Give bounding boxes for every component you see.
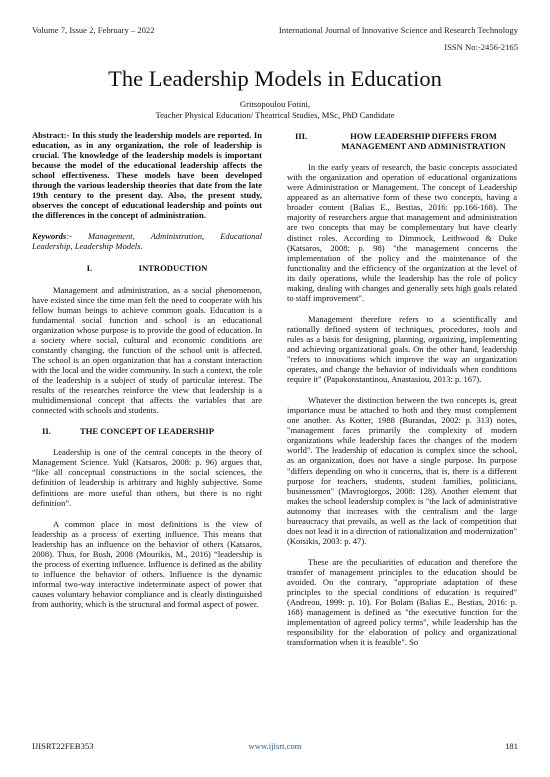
abstract-text: In this study the leadership models are … bbox=[32, 130, 262, 220]
author-name: Gritsopoulou Fotini, bbox=[0, 99, 550, 110]
section-title: INTRODUCTION bbox=[139, 263, 208, 273]
section-title: THE CONCEPT OF LEADERSHIP bbox=[80, 426, 262, 436]
paper-title: The Leadership Models in Education bbox=[0, 66, 550, 92]
section-number: III. bbox=[295, 131, 330, 151]
header-volume: Volume 7, Issue 2, February – 2022 bbox=[32, 25, 155, 35]
paragraph: A common place in most definitions is th… bbox=[32, 519, 262, 609]
keywords-label: Keywords bbox=[32, 231, 66, 241]
section-heading-introduction: I. INTRODUCTION bbox=[32, 263, 262, 273]
paragraph: Management and administration, as a soci… bbox=[32, 285, 262, 416]
paragraph: Leadership is one of the central concept… bbox=[32, 447, 262, 507]
section-number: II. bbox=[42, 426, 80, 436]
paragraph: In the early years of research, the basi… bbox=[287, 162, 517, 303]
footer-website-link[interactable]: www.ijisrt.com bbox=[0, 741, 550, 751]
author-affiliation: Teacher Physical Education/ Theatrical S… bbox=[0, 110, 550, 121]
abstract-label: Abstract:- bbox=[32, 130, 70, 140]
footer-page-number: 181 bbox=[505, 741, 518, 751]
section-heading-concept-of-leadership: II. THE CONCEPT OF LEADERSHIP bbox=[32, 426, 262, 436]
left-column: Abstract:- In this study the leadership … bbox=[32, 130, 262, 609]
keywords-text: :- Management, Administration, Education… bbox=[32, 231, 262, 251]
section-title: HOW LEADERSHIP DIFFERS FROM MANAGEMENT A… bbox=[330, 131, 517, 151]
header-journal: International Journal of Innovative Scie… bbox=[279, 25, 518, 35]
paragraph: These are the peculiarities of education… bbox=[287, 557, 517, 647]
right-column: III. HOW LEADERSHIP DIFFERS FROM MANAGEM… bbox=[287, 131, 517, 647]
header-issn: ISSN No:-2456-2165 bbox=[444, 42, 518, 52]
paragraph: Whatever the distinction between the two… bbox=[287, 395, 517, 546]
abstract: Abstract:- In this study the leadership … bbox=[32, 130, 262, 220]
paragraph: Management therefore refers to a scienti… bbox=[287, 314, 517, 384]
section-number: I. bbox=[87, 263, 139, 273]
keywords: Keywords:- Management, Administration, E… bbox=[32, 231, 262, 251]
section-heading-leadership-vs-management: III. HOW LEADERSHIP DIFFERS FROM MANAGEM… bbox=[287, 131, 517, 151]
